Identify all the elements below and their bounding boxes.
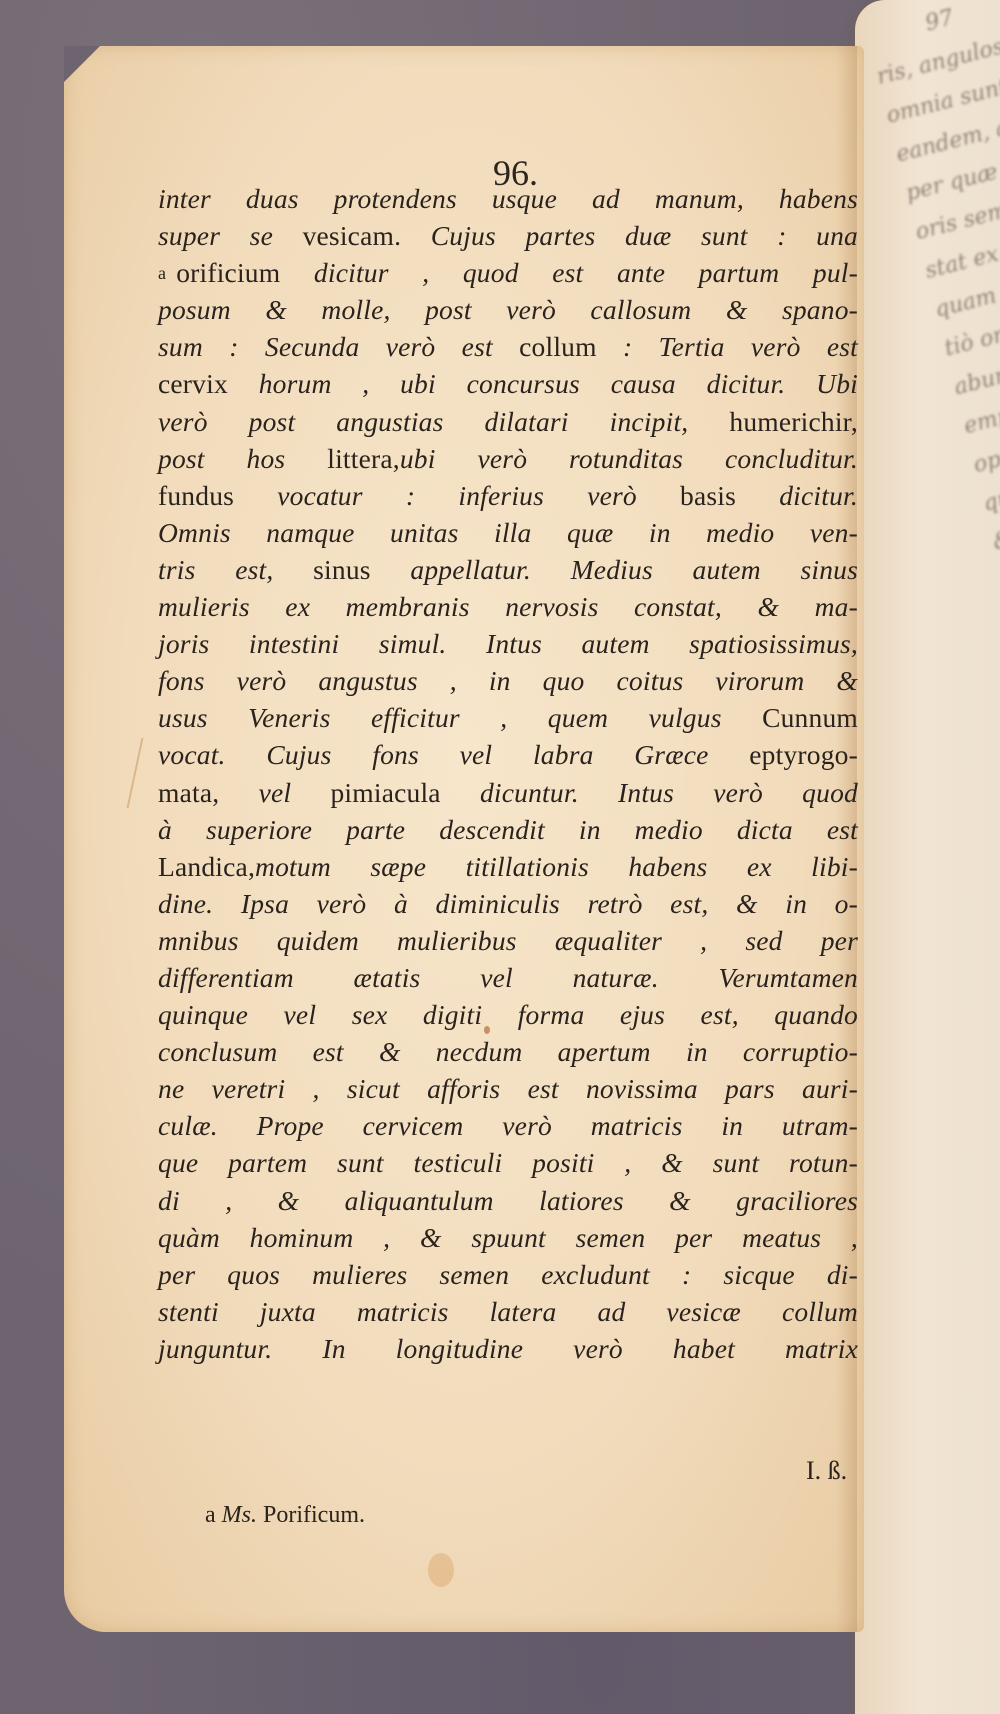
text-line: verò post angustias dilatari incipit, hu… — [158, 403, 858, 440]
text-line: quàm hominum , & spuunt semen per meatus… — [158, 1219, 858, 1256]
text-line: culæ. Prope cervicem verò matricis in ut… — [158, 1107, 858, 1144]
text-line: per quos mulieres semen excludunt : sicq… — [158, 1256, 858, 1293]
footnote-marker: a — [205, 1502, 216, 1528]
facing-page-97: 97ris, angulos eas ,omnia sunt , pereand… — [855, 0, 1000, 1714]
text-line: Landica,motum sæpe titillationis habens … — [158, 848, 858, 885]
text-line: Omnis namque unitas illa quæ in medio ve… — [158, 514, 858, 551]
foxing-stain — [428, 1553, 454, 1587]
text-line: dine. Ipsa verò à diminiculis retrò est,… — [158, 885, 858, 922]
text-line: super se vesicam. Cujus partes duæ sunt … — [158, 217, 858, 254]
text-line: que partem sunt testiculi positi , & sun… — [158, 1144, 858, 1181]
page-body-text: inter duas protendens usque ad manum, ha… — [158, 180, 858, 1367]
text-line: inter duas protendens usque ad manum, ha… — [158, 180, 858, 217]
text-line: stenti juxta matricis latera ad vesicæ c… — [158, 1293, 858, 1330]
text-line: joris intestini simul. Intus autem spati… — [158, 625, 858, 662]
text-line: fundus vocatur : inferius verò basis dic… — [158, 477, 858, 514]
text-line: vocat. Cujus fons vel labra Græce eptyro… — [158, 736, 858, 773]
text-line: fons verò angustus , in quo coitus viror… — [158, 662, 858, 699]
text-line: mnibus quidem mulieribus æqualiter , sed… — [158, 922, 858, 959]
text-line: aorificium dicitur , quod est ante partu… — [158, 254, 858, 291]
footnote: a Ms. Porificum. — [205, 1502, 365, 1529]
text-line: tris est, sinus appellatur. Medius autem… — [158, 551, 858, 588]
text-line: usus Veneris efficitur , quem vulgus Cun… — [158, 699, 858, 736]
text-line: ne veretri , sicut afforis est novissima… — [158, 1070, 858, 1107]
footnote-ms-abbrev: Ms. — [222, 1502, 257, 1528]
text-line: post hos littera,ubi verò rotunditas con… — [158, 440, 858, 477]
text-line: conclusum est & necdum apertum in corrup… — [158, 1033, 858, 1070]
text-line: junguntur. In longitudine verò habet mat… — [158, 1330, 858, 1367]
text-line: mulieris ex membranis nervosis constat, … — [158, 588, 858, 625]
catchword-signature: I. ß. — [806, 1456, 847, 1486]
text-line: posum & molle, post verò callosum & span… — [158, 291, 858, 328]
text-line: di , & aliquantulum latiores & gracilior… — [158, 1182, 858, 1219]
text-line: cervix horum , ubi concursus causa dicit… — [158, 365, 858, 402]
facing-page-text: 97ris, angulos eas ,omnia sunt , pereand… — [863, 0, 1000, 1223]
text-line: à superiore parte descendit in medio dic… — [158, 811, 858, 848]
text-line: sum : Secunda verò est collum : Tertia v… — [158, 328, 858, 365]
text-line: mata, vel pimiacula dicuntur. Intus verò… — [158, 774, 858, 811]
footnote-reading: Porificum. — [263, 1502, 365, 1528]
text-line: differentiam ætatis vel naturæ. Verumtam… — [158, 959, 858, 996]
text-line: quinque vel sex digiti forma ejus est, q… — [158, 996, 858, 1033]
footnote-reference: a — [158, 263, 166, 283]
